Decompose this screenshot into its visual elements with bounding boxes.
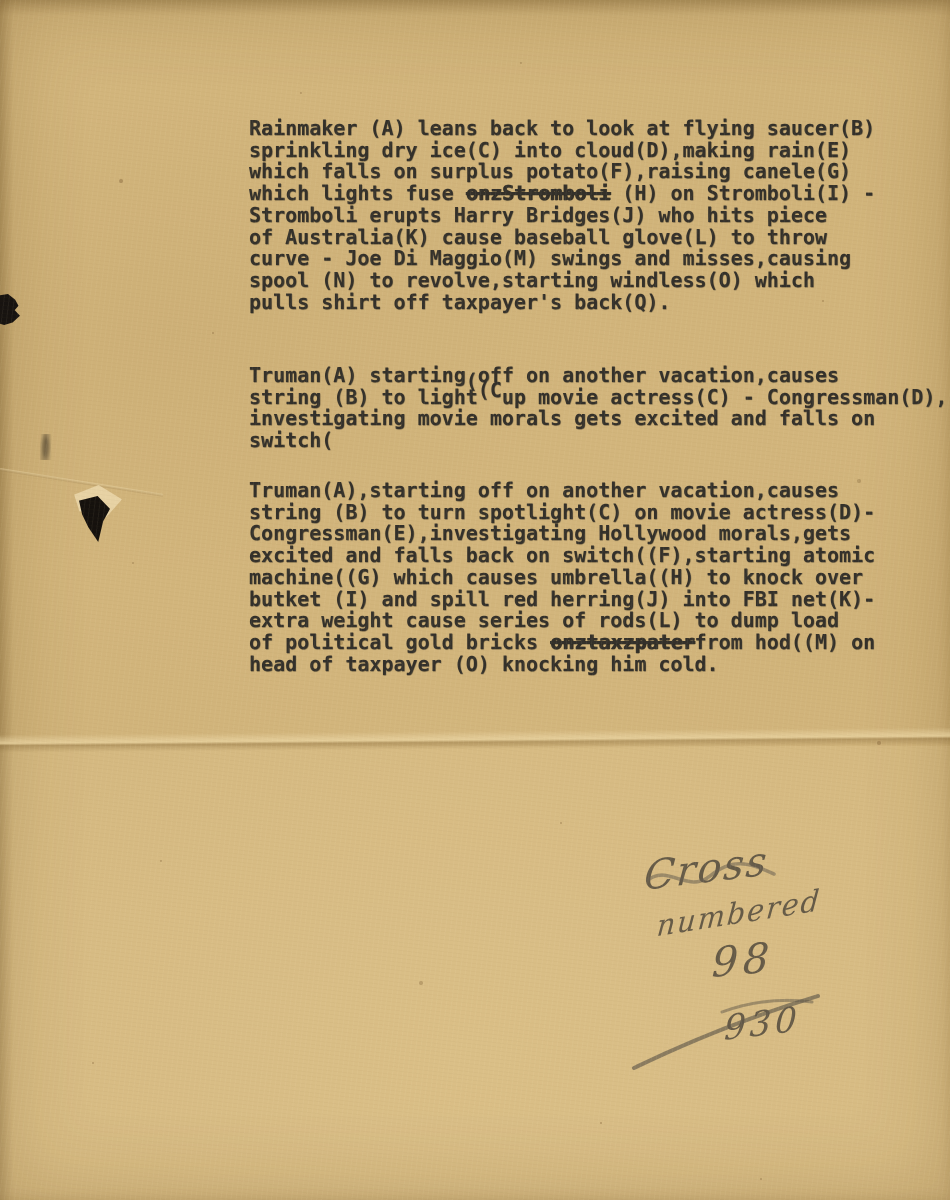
typed-line: spool (N) to revolve,starting windless(O… (249, 270, 875, 292)
typed-line: head of taxpayer (O) knocking him cold. (249, 654, 875, 676)
typed-line: Congressman(E),investigating Hollywood m… (249, 523, 875, 545)
typed-line: string (B) to turn spotlight(C) on movie… (249, 502, 875, 524)
typed-line: string (B) to light(Cup movie actress(C)… (249, 387, 947, 409)
handwritten-note-line: 930 (723, 999, 801, 1049)
paper-edge-shadow-left (0, 0, 14, 1200)
paper-edge-shadow-top (0, 0, 950, 16)
typed-line: which lights fuse onzStromboli (H) on St… (249, 183, 875, 205)
typed-line: investigating movie morals gets excited … (249, 408, 947, 430)
smudge-mark (40, 434, 52, 460)
typed-line: of political gold bricks onztaxzpaterfro… (249, 632, 875, 654)
typed-line: curve - Joe Di Maggio(M) swings and miss… (249, 248, 875, 270)
typed-line: Truman(A),starting off on another vacati… (249, 480, 875, 502)
typed-line: butket (I) and spill red herring(J) into… (249, 589, 875, 611)
typed-line: Stromboli erupts Harry Bridges(J) who hi… (249, 205, 875, 227)
typed-line: pulls shirt off taxpayer's back(Q). (249, 292, 875, 314)
typed-paragraph-truman-short: Truman(A) starting(off on another vacati… (249, 365, 947, 452)
paper-tone-below-fold (0, 746, 950, 1200)
typed-line: Truman(A) starting(off on another vacati… (249, 365, 947, 387)
handwritten-note-line: Cross (642, 838, 770, 900)
typed-line: which falls on surplus potato(F),raising… (249, 161, 875, 183)
typed-paragraph-truman-long: Truman(A),starting off on another vacati… (249, 480, 875, 675)
typed-line: sprinkling dry ice(C) into cloud(D),maki… (249, 140, 875, 162)
ink-blotch (0, 294, 21, 325)
scanned-document-page: Rainmaker (A) leans back to look at flyi… (0, 0, 950, 1200)
typed-line: excited and falls back on switch((F),sta… (249, 545, 875, 567)
handwritten-note-line: 98 (711, 933, 775, 987)
typed-line: of Australia(K) cause baseball glove(L) … (249, 227, 875, 249)
typed-line: Rainmaker (A) leans back to look at flyi… (249, 118, 875, 140)
typed-line: extra weight cause series of rods(L) to … (249, 610, 875, 632)
typed-line: machine((G) which causes umbrella((H) to… (249, 567, 875, 589)
typed-paragraph-rainmaker: Rainmaker (A) leans back to look at flyi… (249, 118, 875, 313)
paper-specks (0, 0, 2, 2)
fold-crease (0, 727, 950, 753)
typed-line: switch( (249, 430, 947, 452)
